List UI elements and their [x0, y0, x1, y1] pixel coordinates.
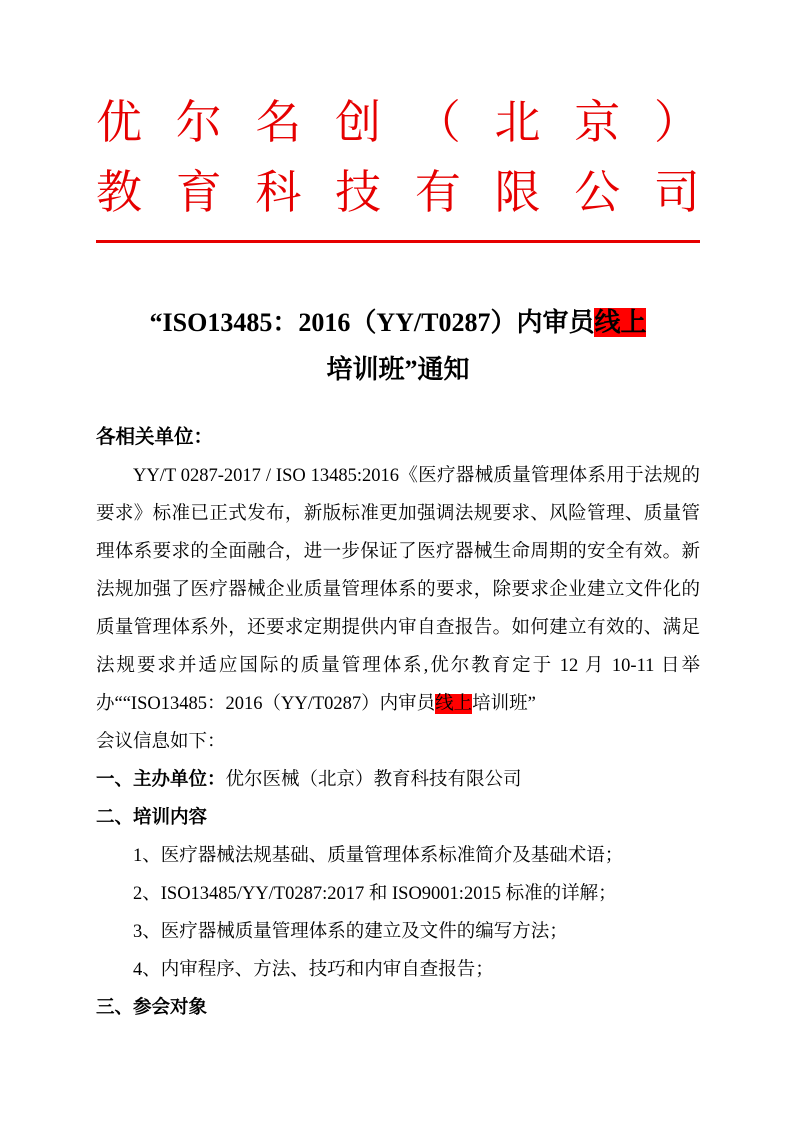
title-highlight: 线上: [594, 308, 646, 337]
section-host-unit: 一、主办单位：优尔医械（北京）教育科技有限公司: [96, 761, 700, 799]
document-page: 优尔名创（北京） 教育科技有限公司 “ISO13485：2016（YY/T028…: [0, 0, 796, 1126]
meeting-info-line: 会议信息如下：: [96, 723, 700, 761]
paragraph-highlight: 线上: [435, 694, 472, 714]
paragraph-text-before-highlight: YY/T 0287-2017 / ISO 13485:2016《医疗器械质量管理…: [96, 466, 700, 714]
intro-paragraph: YY/T 0287-2017 / ISO 13485:2016《医疗器械质量管理…: [96, 457, 700, 723]
title-line-1: “ISO13485：2016（YY/T0287）内审员线上: [150, 308, 647, 337]
section-training-content-heading: 二、培训内容: [96, 799, 700, 837]
salutation: 各相关单位：: [96, 419, 700, 457]
training-item-1: 1、医疗器械法规基础、质量管理体系标准简介及基础术语；: [96, 837, 700, 875]
section-participants-heading: 三、参会对象: [96, 989, 700, 1027]
company-name-line-2: 教育科技有限公司: [96, 158, 700, 228]
training-item-4: 4、内审程序、方法、技巧和内审自查报告；: [96, 951, 700, 989]
document-body: 各相关单位： YY/T 0287-2017 / ISO 13485:2016《医…: [96, 419, 700, 1027]
letterhead: 优尔名创（北京） 教育科技有限公司: [96, 88, 700, 243]
section-host-unit-label: 一、主办单位：: [96, 770, 226, 790]
letterhead-divider: [96, 240, 700, 243]
section-host-unit-value: 优尔医械（北京）教育科技有限公司: [226, 770, 522, 790]
title-text-before-highlight: “ISO13485：2016（YY/T0287）内审员: [150, 308, 595, 337]
training-item-2: 2、ISO13485/YY/T0287:2017 和 ISO9001:2015 …: [96, 875, 700, 913]
title-line-2: 培训班”通知: [326, 355, 469, 384]
training-item-3: 3、医疗器械质量管理体系的建立及文件的编写方法；: [96, 913, 700, 951]
document-title: “ISO13485：2016（YY/T0287）内审员线上 培训班”通知: [96, 299, 700, 393]
company-name-line-1: 优尔名创（北京）: [96, 88, 700, 158]
paragraph-text-after-highlight: 培训班”: [472, 694, 536, 714]
